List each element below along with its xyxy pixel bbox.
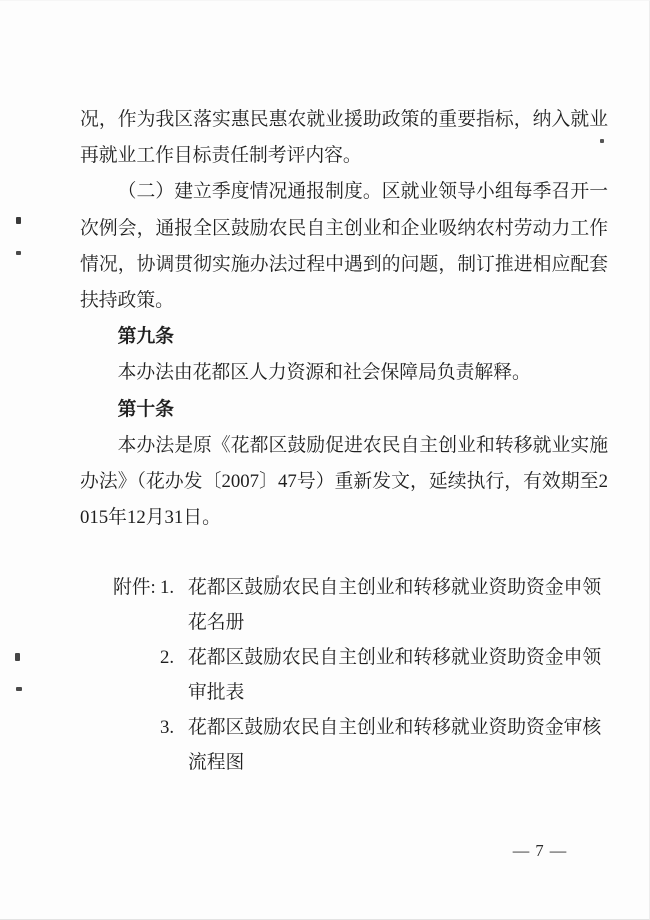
scan-speck	[16, 251, 21, 255]
document-page: 况，作为我区落实惠民惠农就业援助政策的重要指标，纳入就业再就业工作目标责任制考评…	[0, 0, 650, 920]
scan-speck	[600, 139, 604, 143]
attachment-title: 花都区鼓励农民自主创业和转移就业资助资金申领审批表	[188, 640, 608, 710]
attachment-title: 花都区鼓励农民自主创业和转移就业资助资金审核流程图	[188, 710, 608, 780]
attachment-number: 1.	[160, 570, 188, 605]
attachment-item: 3. 花都区鼓励农民自主创业和转移就业资助资金审核流程图	[113, 710, 608, 780]
scan-speck	[16, 217, 21, 224]
paragraph-item-two: （二）建立季度情况通报制度。区就业领导小组每季召开一次例会，通报全区鼓励农民自主…	[80, 174, 608, 319]
attachments-list: 附件: 1. 花都区鼓励农民自主创业和转移就业资助资金申领花名册 2. 花都区鼓…	[113, 570, 608, 780]
scan-speck	[276, 575, 279, 578]
attachment-number: 2.	[160, 640, 188, 675]
body-text: 况，作为我区落实惠民惠农就业援助政策的重要指标，纳入就业再就业工作目标责任制考评…	[80, 102, 608, 536]
paragraph-continuation: 况，作为我区落实惠民惠农就业援助政策的重要指标，纳入就业再就业工作目标责任制考评…	[80, 102, 608, 174]
article-ten-heading: 第十条	[80, 392, 608, 428]
attachment-item: 附件: 1. 花都区鼓励农民自主创业和转移就业资助资金申领花名册	[113, 570, 608, 640]
scan-speck	[15, 653, 20, 661]
attachment-number: 3.	[160, 710, 188, 745]
scan-speck	[16, 687, 22, 691]
attachment-title: 花都区鼓励农民自主创业和转移就业资助资金申领花名册	[188, 570, 608, 640]
page-number: — 7 —	[498, 840, 582, 861]
article-nine-heading: 第九条	[80, 319, 608, 355]
article-nine-body: 本办法由花都区人力资源和社会保障局负责解释。	[80, 355, 608, 391]
attachment-item: 2. 花都区鼓励农民自主创业和转移就业资助资金申领审批表	[113, 640, 608, 710]
article-ten-body: 本办法是原《花都区鼓励促进农民自主创业和转移就业实施办法》（花办发〔2007〕4…	[80, 428, 608, 537]
attachments-label: 附件:	[113, 570, 160, 605]
